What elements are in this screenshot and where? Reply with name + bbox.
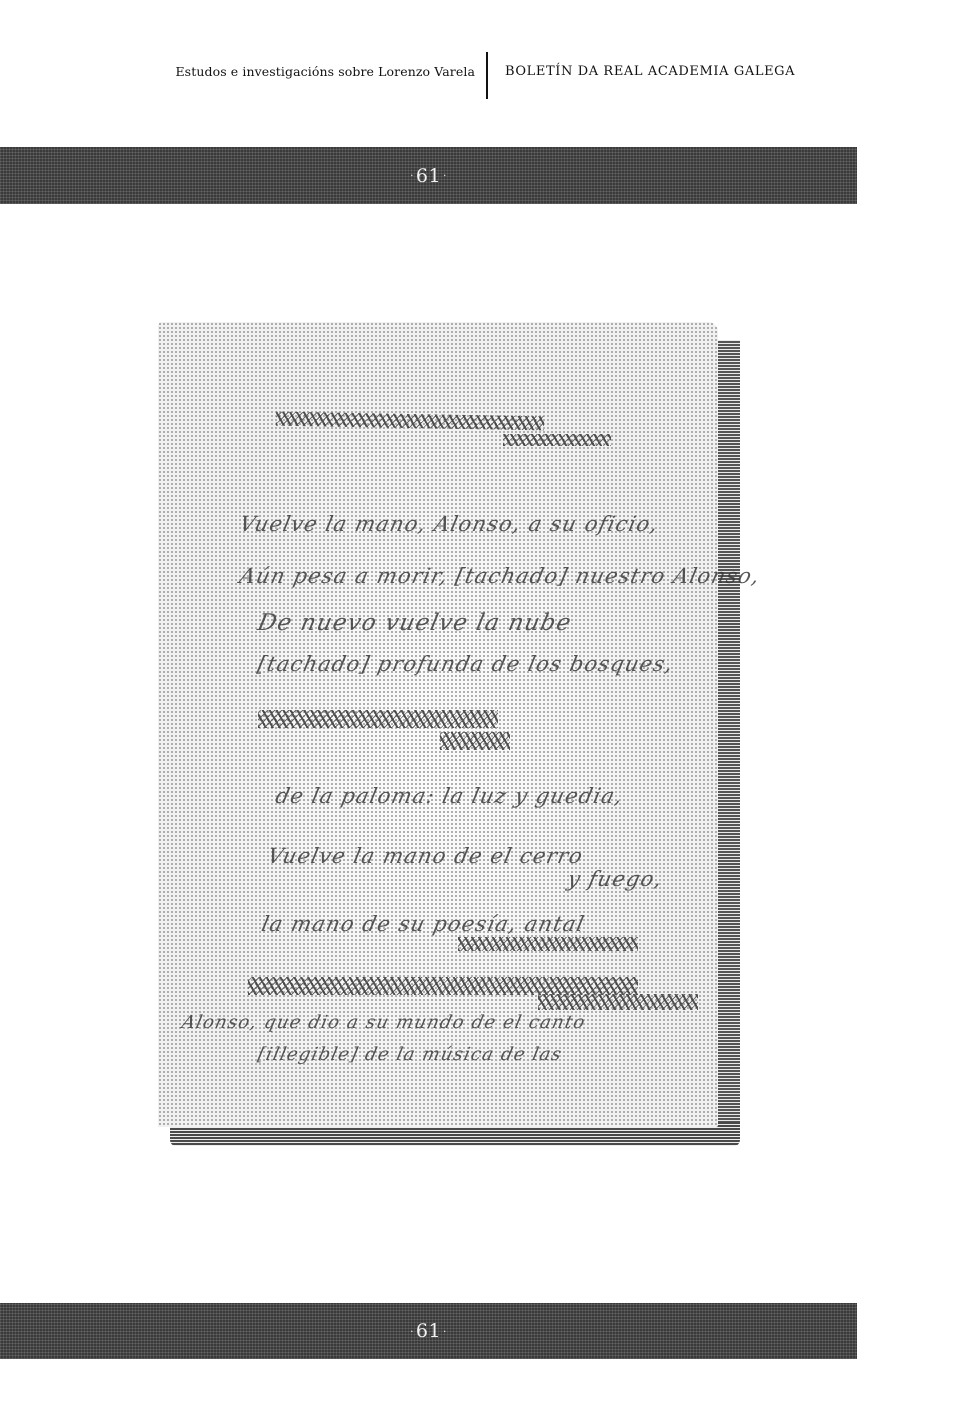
page-number-top-value: 61 [416,165,441,187]
manuscript-line: y fuego, [565,867,665,891]
manuscript-line: [illegible] de la música de las [256,1044,564,1065]
bottom-folio-band: ·61· [0,1303,857,1359]
page-number-bottom: ·61· [408,1320,449,1342]
folio-ornament-left: · [408,1327,416,1338]
folio-ornament-left: · [408,171,416,182]
folio-ornament-right: · [441,171,449,182]
running-head-divider [486,52,488,99]
strikethrough-line [538,994,698,1010]
manuscript-line: Vuelve la mano de el cerro [265,844,585,868]
running-head-journal-title: BOLETÍN DA REAL ACADEMIA GALEGA [505,64,795,79]
top-folio-band: ·61· [0,147,857,204]
manuscript-line: la mano de su poesía, antal [259,912,587,936]
manuscript-line: Alonso, que dio a su mundo de el canto [180,1012,588,1033]
page-number-bottom-value: 61 [416,1320,441,1342]
manuscript-shadow-right [715,340,740,1130]
running-head-section-title: Estudos e investigacións sobre Lorenzo V… [175,64,475,79]
running-head: Estudos e investigacións sobre Lorenzo V… [0,52,975,100]
page-number-top: ·61· [408,165,449,187]
manuscript-line: De nuevo vuelve la nube [255,610,574,636]
manuscript-sheet: [tachado] [tachado] Vuelve la mano, Alon… [158,322,718,1127]
manuscript-line: Vuelve la mano, Alonso, a su oficio, [237,512,661,536]
manuscript-facsimile: [tachado] [tachado] Vuelve la mano, Alon… [158,322,740,1146]
manuscript-line: [tachado] profunda de los bosques, [255,652,675,676]
manuscript-line: de la paloma: la luz y guedia, [273,784,625,808]
manuscript-line: Aún pesa a morir, [tachado] nuestro Alon… [237,564,762,588]
folio-ornament-right: · [441,1327,449,1338]
